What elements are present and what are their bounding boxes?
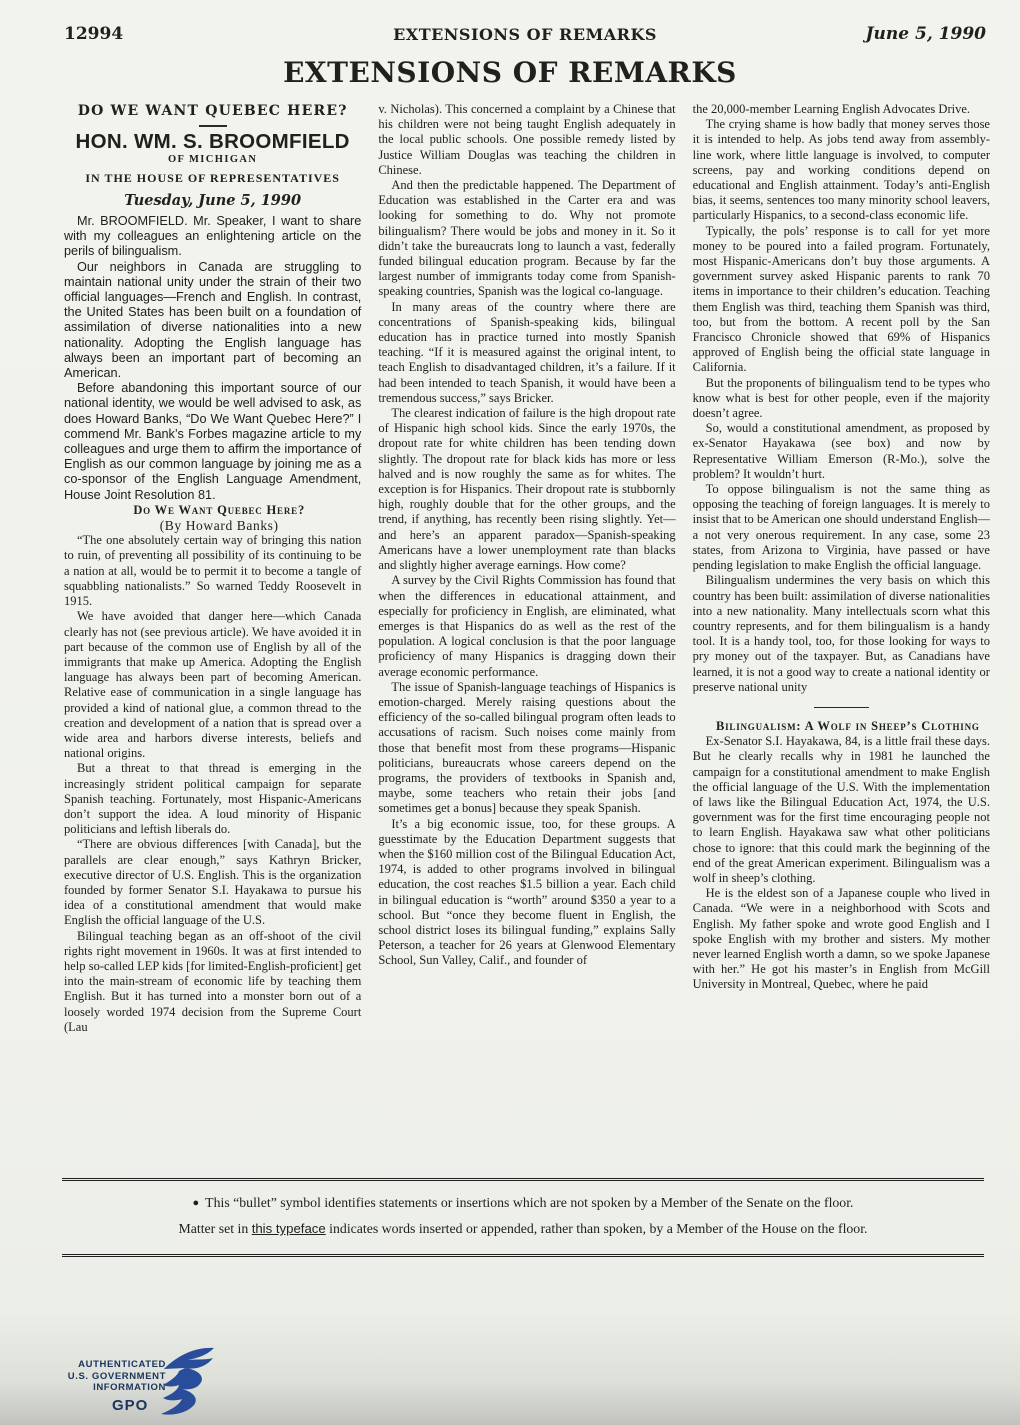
paragraph: Our neighbors in Canada are struggling t… xyxy=(64,260,361,382)
footer-note: ●This “bullet” symbol identifies stateme… xyxy=(62,1178,984,1257)
article-body: DO WE WANT QUEBEC HERE? HON. WM. S. BROO… xyxy=(64,102,990,1174)
paragraph: v. Nicholas). This concerned a complaint… xyxy=(378,102,675,178)
paragraph: But a threat to that thread is emerging … xyxy=(64,761,361,837)
page-title: EXTENSIONS OF REMARKS xyxy=(0,56,1020,89)
footer-line-2: Matter set in this typeface indicates wo… xyxy=(76,1216,970,1242)
paragraph: In many areas of the country where there… xyxy=(378,300,675,406)
paragraph: Mr. BROOMFIELD. Mr. Speaker, I want to s… xyxy=(64,214,361,260)
paragraph: The issue of Spanish-language teachings … xyxy=(378,680,675,817)
gpo-text-line-2: U.S. GOVERNMENT xyxy=(56,1371,166,1383)
box-subhead: Bilingualism: A Wolf in Sheep’s Clothing xyxy=(693,719,990,734)
paragraph: To oppose bilingualism is not the same t… xyxy=(693,482,990,573)
paragraph: And then the predictable happened. The D… xyxy=(378,178,675,300)
member-state: OF MICHIGAN xyxy=(64,152,361,167)
running-head-title: EXTENSIONS OF REMARKS xyxy=(64,25,986,44)
byline: (By Howard Banks) xyxy=(64,518,361,533)
paragraph: We have avoided that danger here—which C… xyxy=(64,609,361,761)
gpo-text-line-1: AUTHENTICATED xyxy=(56,1359,166,1371)
footer-typeface-sample: this typeface xyxy=(252,1221,326,1236)
paragraph: So, would a constitutional amendment, as… xyxy=(693,421,990,482)
running-head-date: June 5, 1990 xyxy=(866,24,986,44)
article-heading: DO WE WANT QUEBEC HERE? xyxy=(64,104,361,119)
heading-rule xyxy=(199,125,227,127)
paragraph: Before abandoning this important source … xyxy=(64,381,361,503)
paragraph: The clearest indication of failure is th… xyxy=(378,406,675,573)
paragraph: “There are obvious differences [with Can… xyxy=(64,837,361,928)
gpo-acronym: GPO xyxy=(112,1397,148,1414)
footer-line-2-prefix: Matter set in xyxy=(179,1221,252,1236)
running-head: 12994 EXTENSIONS OF REMARKS June 5, 1990 xyxy=(64,24,986,46)
footer-line-1: ●This “bullet” symbol identifies stateme… xyxy=(76,1190,970,1216)
paragraph: Bilingual teaching began as an off-shoot… xyxy=(64,929,361,1035)
gpo-logo: AUTHENTICATED U.S. GOVERNMENT INFORMATIO… xyxy=(56,1345,226,1419)
member-name: HON. WM. S. BROOMFIELD xyxy=(64,134,361,149)
paragraph: the 20,000-member Learning English Advoc… xyxy=(693,102,990,117)
footer-line-2-suffix: indicates words inserted or appended, ra… xyxy=(326,1221,868,1236)
article-column-3: the 20,000-member Learning English Advoc… xyxy=(693,102,990,1174)
section-rule xyxy=(814,707,869,708)
footer-line-1-text: This “bullet” symbol identifies statemen… xyxy=(205,1195,853,1210)
paragraph: He is the eldest son of a Japanese coupl… xyxy=(693,886,990,992)
article-column-2: v. Nicholas). This concerned a complaint… xyxy=(378,102,675,1174)
chamber-line: IN THE HOUSE OF REPRESENTATIVES xyxy=(64,171,361,186)
paragraph: Bilingualism undermines the very basis o… xyxy=(693,573,990,695)
paragraph: “The one absolutely certain way of bring… xyxy=(64,533,361,609)
reprint-subhead: Do We Want Quebec Here? xyxy=(64,503,361,518)
eagle-icon xyxy=(152,1345,218,1419)
paragraph: Ex-Senator S.I. Hayakawa, 84, is a littl… xyxy=(693,734,990,886)
paragraph: But the proponents of bilingualism tend … xyxy=(693,376,990,422)
session-date: Tuesday, June 5, 1990 xyxy=(64,193,361,208)
paragraph: It’s a big economic issue, too, for thes… xyxy=(378,817,675,969)
gpo-text-line-3: INFORMATION xyxy=(56,1382,166,1394)
paragraph: The crying shame is how badly that money… xyxy=(693,117,990,223)
bullet-icon: ● xyxy=(193,1197,200,1209)
paragraph: A survey by the Civil Rights Commission … xyxy=(378,573,675,679)
article-column-1: DO WE WANT QUEBEC HERE? HON. WM. S. BROO… xyxy=(64,102,361,1174)
gpo-authentication-text: AUTHENTICATED U.S. GOVERNMENT INFORMATIO… xyxy=(56,1359,166,1394)
paragraph: Typically, the pols’ response is to call… xyxy=(693,224,990,376)
